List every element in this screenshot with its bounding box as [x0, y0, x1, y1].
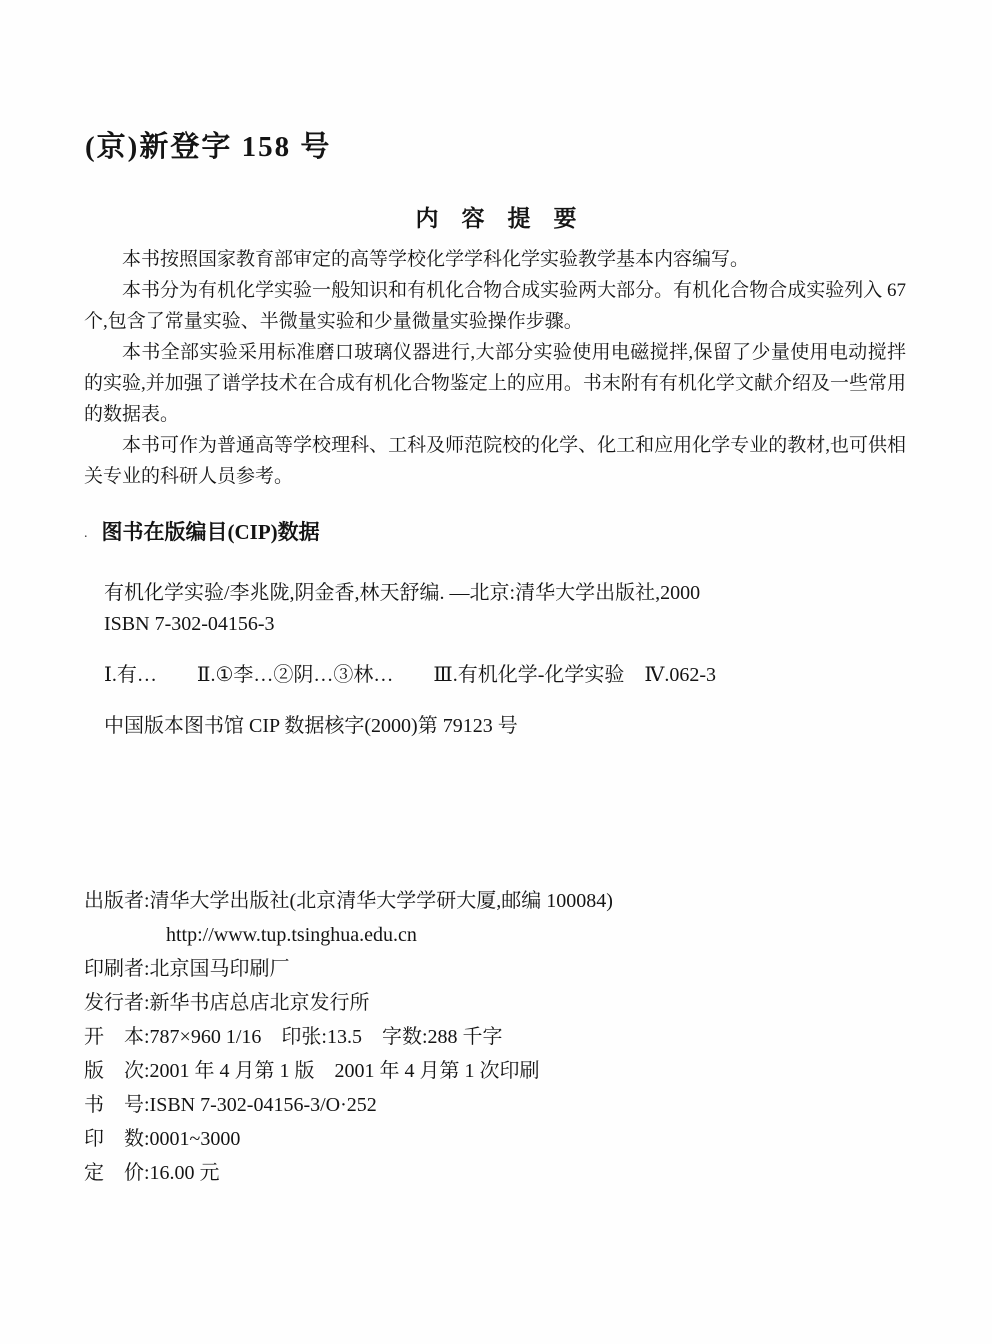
printer-line: 印刷者:北京国马印刷厂 [84, 952, 914, 986]
edition-line: 版 次:2001 年 4 月第 1 版 2001 年 4 月第 1 次印刷 [84, 1054, 914, 1088]
cip-data-block: 有机化学实验/李兆陇,阴金香,林天舒编. —北京:清华大学出版社,2000 IS… [104, 576, 884, 738]
book-number-line: 书 号:ISBN 7-302-04156-3/O·252 [84, 1088, 914, 1122]
summary-paragraph: 本书按照国家教育部审定的高等学校化学学科化学实验教学基本内容编写。 [84, 244, 906, 275]
publisher-url: http://www.tup.tsinghua.edu.cn [84, 918, 914, 952]
cip-isbn-line: ISBN 7-302-04156-3 [104, 613, 884, 636]
cip-classification-line: Ⅰ.有… Ⅱ.①李…②阴…③林… Ⅲ.有机化学-化学实验 Ⅳ.062-3 [104, 658, 884, 687]
summary-paragraph: 本书分为有机化学实验一般知识和有机化合物合成实验两大部分。有机化合物合成实验列入… [84, 275, 906, 337]
print-run-line: 印 数:0001~3000 [84, 1122, 914, 1156]
price-line: 定 价:16.00 元 [84, 1156, 914, 1190]
copyright-page: (京)新登字 158 号 内 容 提 要 本书按照国家教育部审定的高等学校化学学… [0, 0, 992, 1344]
summary-paragraph: 本书可作为普通高等学校理科、工科及师范院校的化学、化工和应用化学专业的教材,也可… [84, 430, 906, 492]
format-line: 开 本:787×960 1/16 印张:13.5 字数:288 千字 [84, 1020, 914, 1054]
content-summary-heading: 内 容 提 要 [0, 200, 992, 233]
registration-number: (京)新登字 158 号 [85, 124, 331, 165]
summary-paragraph: 本书全部实验采用标准磨口玻璃仪器进行,大部分实验使用电磁搅拌,保留了少量使用电动… [84, 337, 906, 430]
cip-record-line: 中国版本图书馆 CIP 数据核字(2000)第 79123 号 [104, 709, 884, 738]
publisher-line: 出版者:清华大学出版社(北京清华大学学研大厦,邮编 100084) [84, 884, 914, 918]
cip-title-line: 有机化学实验/李兆陇,阴金香,林天舒编. —北京:清华大学出版社,2000 [104, 576, 884, 605]
colophon-block: 出版者:清华大学出版社(北京清华大学学研大厦,邮编 100084) http:/… [84, 884, 914, 1190]
stray-scan-mark: . [84, 526, 88, 541]
distributor-line: 发行者:新华书店总店北京发行所 [84, 986, 914, 1020]
content-summary-body: 本书按照国家教育部审定的高等学校化学学科化学实验教学基本内容编写。 本书分为有机… [84, 244, 906, 492]
cip-heading-text: 图书在版编目(CIP)数据 [102, 520, 320, 544]
cip-section-heading: .图书在版编目(CIP)数据 [84, 516, 320, 546]
